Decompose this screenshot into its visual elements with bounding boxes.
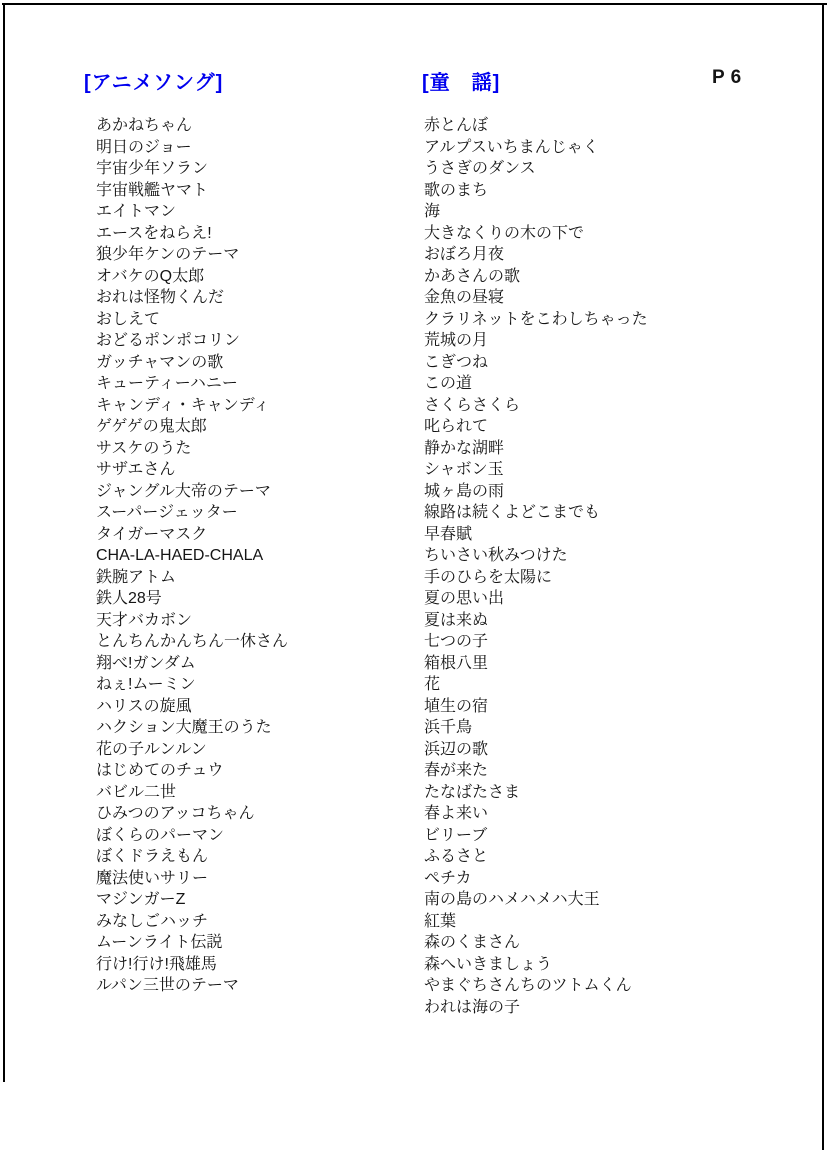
song-title: クラリネットをこわしちゃった bbox=[424, 309, 648, 331]
song-title: うさぎのダンス bbox=[424, 158, 648, 180]
song-title: 花の子ルンルン bbox=[96, 739, 288, 761]
song-title: ぼくドラえもん bbox=[96, 846, 288, 868]
song-title: タイガーマスク bbox=[96, 524, 288, 546]
song-title: 大きなくりの木の下で bbox=[424, 223, 648, 245]
anime-song-section-header: [アニメソング] bbox=[84, 66, 223, 95]
song-title: オバケのQ太郎 bbox=[96, 266, 288, 288]
song-title: ねぇ!ムーミン bbox=[96, 674, 288, 696]
song-title: 花 bbox=[424, 674, 648, 696]
song-title: キャンディ・キャンディ bbox=[96, 395, 288, 417]
song-title: 金魚の昼寝 bbox=[424, 287, 648, 309]
song-title: 手のひらを太陽に bbox=[424, 567, 648, 589]
song-title: ふるさと bbox=[424, 846, 648, 868]
song-title: エースをねらえ! bbox=[96, 223, 288, 245]
page-number: P6 bbox=[712, 67, 747, 89]
song-title: 鉄人28号 bbox=[96, 588, 288, 610]
song-title: ひみつのアッコちゃん bbox=[96, 803, 288, 825]
song-title: 七つの子 bbox=[424, 631, 648, 653]
song-title: かあさんの歌 bbox=[424, 266, 648, 288]
song-title: みなしごハッチ bbox=[96, 911, 288, 933]
song-title: やまぐちさんちのツトムくん bbox=[424, 975, 648, 997]
song-title: 箱根八里 bbox=[424, 653, 648, 675]
song-title: 南の島のハメハメハ大王 bbox=[424, 889, 648, 911]
song-title: マジンガーZ bbox=[96, 889, 288, 911]
song-title: おぼろ月夜 bbox=[424, 244, 648, 266]
song-title: ペチカ bbox=[424, 868, 648, 890]
anime-song-list: あかねちゃん明日のジョー宇宙少年ソラン宇宙戦艦ヤマトエイトマンエースをねらえ!狼… bbox=[96, 115, 288, 997]
song-title: こぎつね bbox=[424, 352, 648, 374]
song-title: バビル二世 bbox=[96, 782, 288, 804]
song-title: はじめてのチュウ bbox=[96, 760, 288, 782]
song-title: 翔べ!ガンダム bbox=[96, 653, 288, 675]
song-title: おしえて bbox=[96, 309, 288, 331]
song-title: 夏の思い出 bbox=[424, 588, 648, 610]
song-title: サザエさん bbox=[96, 459, 288, 481]
song-title: CHA-LA-HAED-CHALA bbox=[96, 545, 288, 567]
page-border-top bbox=[2, 3, 827, 5]
song-title: 春よ来い bbox=[424, 803, 648, 825]
song-title: スーパージェッター bbox=[96, 502, 288, 524]
song-title: 赤とんぼ bbox=[424, 115, 648, 137]
song-title: おれは怪物くんだ bbox=[96, 287, 288, 309]
song-title: この道 bbox=[424, 373, 648, 395]
song-title: キューティーハニー bbox=[96, 373, 288, 395]
page-border-left bbox=[3, 3, 5, 1082]
song-title: 行け!行け!飛雄馬 bbox=[96, 954, 288, 976]
douyou-section-header: [童 謡] bbox=[422, 66, 500, 95]
song-title: 荒城の月 bbox=[424, 330, 648, 352]
song-title: アルプスいちまんじゃく bbox=[424, 137, 648, 159]
song-title: ムーンライト伝説 bbox=[96, 932, 288, 954]
song-title: 線路は続くよどこまでも bbox=[424, 502, 648, 524]
song-title: 紅葉 bbox=[424, 911, 648, 933]
song-title: 春が来た bbox=[424, 760, 648, 782]
song-list-page: [アニメソング] [童 謡] P6 あかねちゃん明日のジョー宇宙少年ソラン宇宙戦… bbox=[0, 0, 827, 1168]
song-title: 浜辺の歌 bbox=[424, 739, 648, 761]
song-title: さくらさくら bbox=[424, 395, 648, 417]
song-title: とんちんかんちん一休さん bbox=[96, 631, 288, 653]
page-border-right bbox=[822, 3, 824, 1150]
song-title: 埴生の宿 bbox=[424, 696, 648, 718]
song-title: 鉄腕アトム bbox=[96, 567, 288, 589]
song-title: ルパン三世のテーマ bbox=[96, 975, 288, 997]
song-title: シャボン玉 bbox=[424, 459, 648, 481]
song-title: 城ヶ島の雨 bbox=[424, 481, 648, 503]
song-title: 森のくまさん bbox=[424, 932, 648, 954]
song-title: ぼくらのパーマン bbox=[96, 825, 288, 847]
song-title: ちいさい秋みつけた bbox=[424, 545, 648, 567]
song-title: 浜千鳥 bbox=[424, 717, 648, 739]
song-title: 宇宙少年ソラン bbox=[96, 158, 288, 180]
song-title: 海 bbox=[424, 201, 648, 223]
song-title: ガッチャマンの歌 bbox=[96, 352, 288, 374]
song-title: われは海の子 bbox=[424, 997, 648, 1019]
song-title: あかねちゃん bbox=[96, 115, 288, 137]
song-title: 叱られて bbox=[424, 416, 648, 438]
song-title: 宇宙戦艦ヤマト bbox=[96, 180, 288, 202]
song-title: 魔法使いサリー bbox=[96, 868, 288, 890]
douyou-song-list: 赤とんぼアルプスいちまんじゃくうさぎのダンス歌のまち海大きなくりの木の下でおぼろ… bbox=[424, 115, 648, 1018]
song-title: ビリーブ bbox=[424, 825, 648, 847]
song-title: たなばたさま bbox=[424, 782, 648, 804]
song-title: 天才バカボン bbox=[96, 610, 288, 632]
song-title: 歌のまち bbox=[424, 180, 648, 202]
song-title: エイトマン bbox=[96, 201, 288, 223]
song-title: ハリスの旋風 bbox=[96, 696, 288, 718]
song-title: 早春賦 bbox=[424, 524, 648, 546]
song-title: ハクション大魔王のうた bbox=[96, 717, 288, 739]
song-title: おどるポンポコリン bbox=[96, 330, 288, 352]
song-title: ゲゲゲの鬼太郎 bbox=[96, 416, 288, 438]
song-title: 静かな湖畔 bbox=[424, 438, 648, 460]
song-title: サスケのうた bbox=[96, 438, 288, 460]
song-title: 狼少年ケンのテーマ bbox=[96, 244, 288, 266]
song-title: 明日のジョー bbox=[96, 137, 288, 159]
song-title: ジャングル大帝のテーマ bbox=[96, 481, 288, 503]
song-title: 夏は来ぬ bbox=[424, 610, 648, 632]
song-title: 森へいきましょう bbox=[424, 954, 648, 976]
